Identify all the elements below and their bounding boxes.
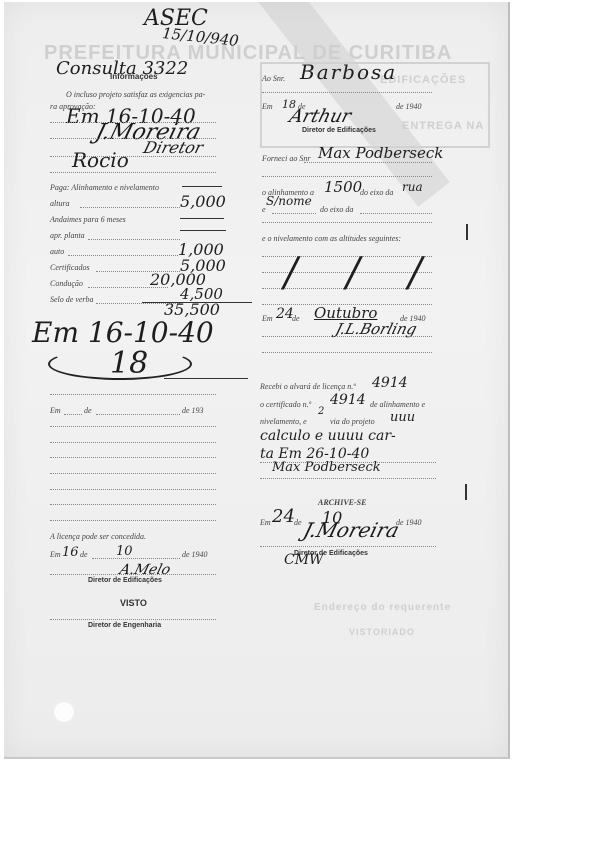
dotted-line: [50, 457, 216, 458]
certificado-label: o certificado n.º: [260, 400, 311, 409]
ghost-vistoriado: VISTORIADO: [349, 627, 415, 637]
altitudes-marks: / / /: [284, 250, 440, 296]
dotted-line: [50, 619, 216, 620]
eixo-value: rua: [402, 180, 423, 194]
fee-label: Selo de verba: [50, 295, 94, 304]
dotted-line: [80, 207, 180, 208]
eixo-label: do eixo da: [360, 188, 393, 197]
dotted-line: [262, 176, 432, 177]
document-page: PREFEITURA MUNICIPAL DE CURITIBA EDIFICA…: [4, 2, 510, 759]
archive-day: 24: [272, 506, 295, 527]
fee-value: 5,000: [180, 192, 226, 211]
fee-dash: [182, 186, 222, 187]
dotted-line: [50, 520, 216, 521]
license-signature: A.Melo: [118, 562, 172, 578]
dotted-line: [262, 92, 432, 93]
license-day: 16: [62, 545, 79, 560]
director-signature: Arthur: [287, 106, 353, 127]
archive-em: Em: [260, 518, 271, 527]
archive-label: ARCHIVE-SE: [318, 498, 366, 507]
license-em: Em: [50, 550, 61, 559]
dotted-line: [50, 442, 216, 443]
archive-signature: J.Moreira: [301, 518, 402, 542]
dotted-line: [88, 239, 180, 240]
paid-date: Em 16-10-40: [32, 316, 214, 349]
dotted-line: [50, 504, 216, 505]
eixo2-label: do eixo da: [320, 205, 353, 214]
alinhamento-label-2: de alinhamento e: [370, 400, 425, 409]
approval-signature-2: Diretor: [141, 138, 205, 157]
dotted-line: [260, 546, 436, 547]
dotted-line: [304, 162, 432, 163]
em2-de: de: [292, 314, 300, 323]
receipt-signature: Max Podberseck: [272, 460, 381, 475]
license-year: de 1940: [182, 550, 208, 559]
license-de: de: [80, 550, 88, 559]
recebi-value: 4914: [372, 375, 408, 391]
dotted-line: [50, 473, 216, 474]
archive-de: de: [294, 518, 302, 527]
ghost-address: Endereço do requerente: [314, 602, 451, 613]
alinhamento-value: 1500: [324, 178, 362, 196]
license-text: A licença pode ser concedida.: [50, 532, 146, 541]
dotted-line: [50, 489, 216, 490]
margin-tick: [466, 224, 468, 240]
certificado-value: 4914: [330, 392, 366, 408]
director-engenharia-label: Diretor de Engenharia: [88, 622, 161, 629]
approval-name: Rocio: [72, 148, 129, 172]
ao-sr-value: Barbosa: [300, 60, 397, 84]
e-label: e: [262, 205, 266, 214]
fee-label: altura: [50, 199, 70, 208]
dotted-line: [64, 414, 82, 415]
dotted-line: [68, 255, 178, 256]
fee-dash: [180, 230, 226, 231]
paid-mark: 18: [110, 346, 148, 381]
dotted-line: [260, 478, 436, 479]
em-label: Em: [262, 102, 273, 111]
year-label: de 193: [182, 406, 204, 415]
dotted-line: [50, 394, 216, 395]
em2-label: Em: [262, 314, 273, 323]
de-label: de: [84, 406, 92, 415]
dotted-line: [96, 414, 180, 415]
visto-label: VISTO: [120, 598, 147, 608]
fee-label: Andaimes para 6 meses: [50, 215, 126, 224]
fee-label: auto: [50, 247, 64, 256]
recebi-label: Recebi o alvará de licença n.º: [260, 382, 356, 391]
ao-sr-label: Ao Snr.: [262, 74, 285, 83]
fee-label: Condução: [50, 279, 83, 288]
fee-dash: [180, 218, 224, 219]
director-edificacoes-label: Diretor de Edificações: [302, 127, 376, 134]
via-value: 2: [318, 406, 324, 417]
stamp-text-2: ENTREGA NA: [402, 120, 484, 132]
em-year: de 1940: [396, 102, 422, 111]
dotted-line: [262, 352, 432, 353]
em-label: Em: [50, 406, 61, 415]
dotted-line: [262, 222, 432, 223]
dotted-line: [272, 213, 316, 214]
dotted-line: [50, 172, 216, 173]
fee-label: Certificados: [50, 263, 90, 272]
forneci-value: Max Podberseck: [318, 144, 443, 162]
margin-tick: [465, 484, 467, 500]
intro-text: O incluso projeto satisfaz as exigencias…: [66, 90, 205, 99]
dotted-line: [360, 213, 432, 214]
fee-label: Paga: Alinhamento e nivelamento: [50, 183, 159, 192]
via-label: via do projeto: [330, 417, 375, 426]
archive-initials: CMW: [284, 552, 323, 568]
dotted-line: [262, 336, 432, 337]
section-title: Informações: [110, 72, 158, 81]
fee-label: apr. planta: [50, 231, 85, 240]
license-month: 10: [116, 544, 133, 559]
calc-line: calculo e uuuu car-: [260, 428, 396, 444]
dotted-line: [50, 426, 216, 427]
paper-spot: [54, 702, 74, 722]
eixo-sub: S/nome: [266, 194, 312, 208]
flourish-line: [164, 378, 248, 379]
dotted-line: [92, 558, 180, 559]
via-handwritten: uuu: [390, 410, 415, 425]
nivelamento-label-2: nivelamento, e: [260, 417, 307, 426]
director-edificacoes-label: Diretor de Edificações: [88, 577, 162, 584]
nivelamento-label: e o nivelamento com as altitudes seguint…: [262, 234, 401, 243]
